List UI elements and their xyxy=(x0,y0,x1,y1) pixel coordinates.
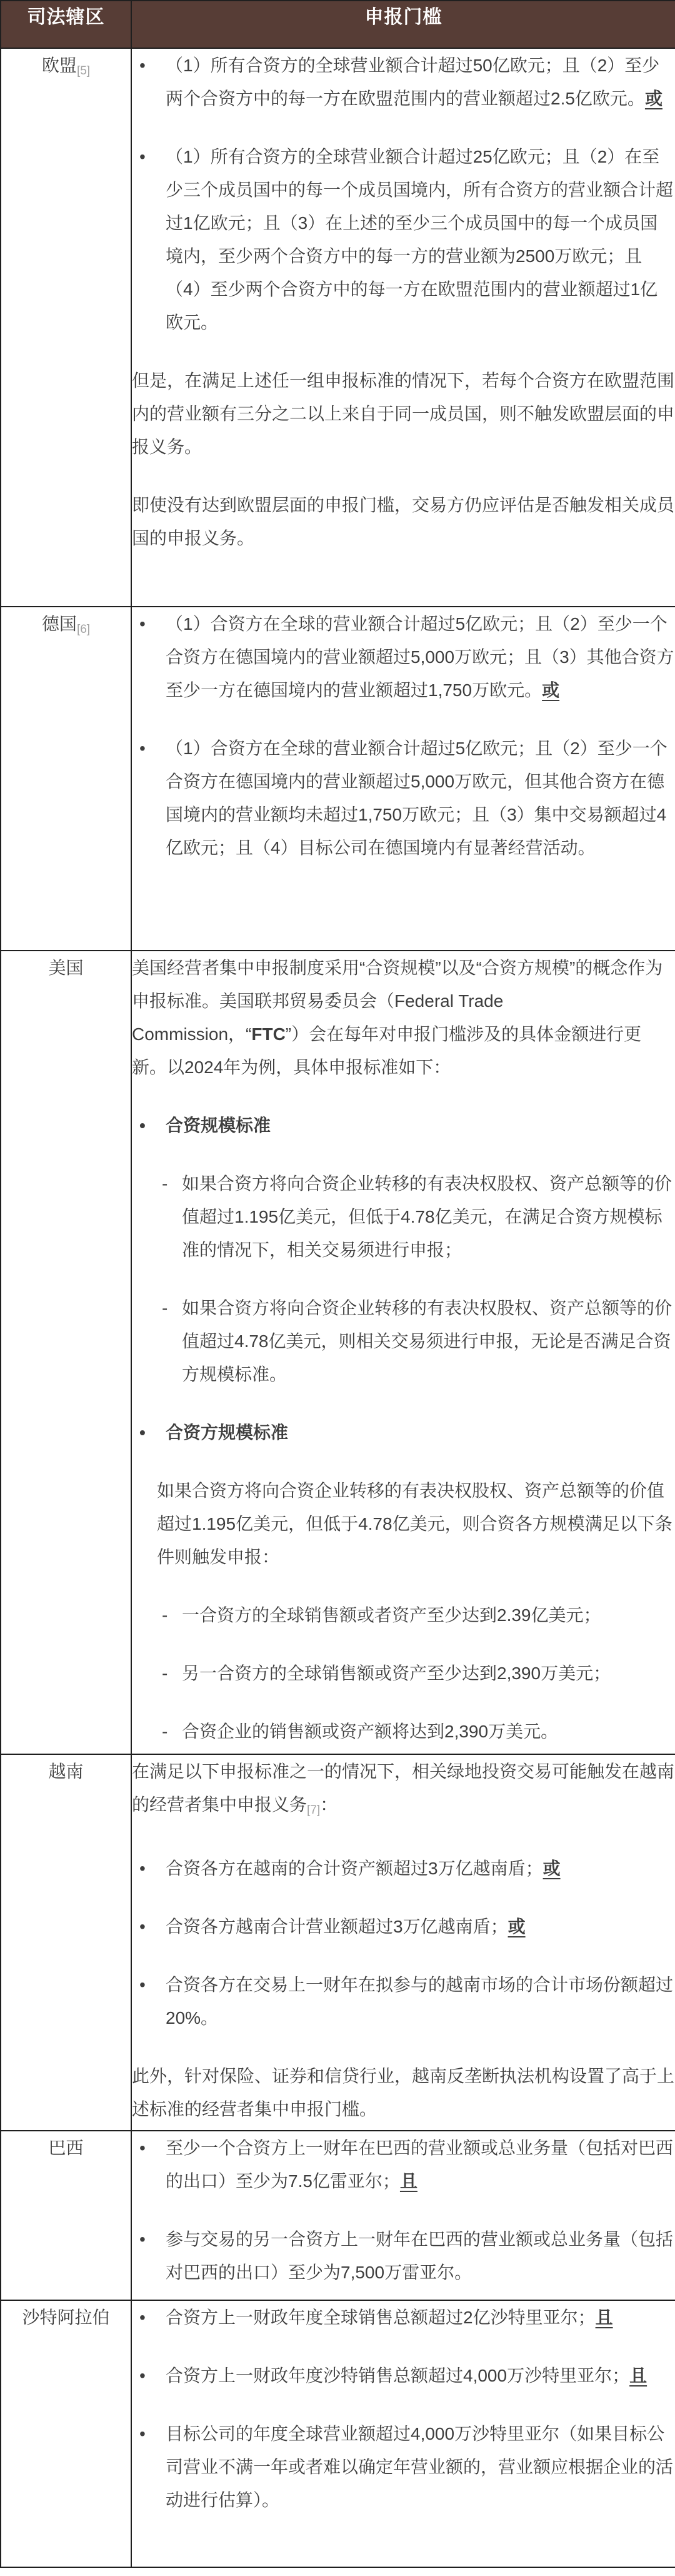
text-segment: 一合资方的全球销售额或者资产至少达到2.39亿美元； xyxy=(182,1605,601,1625)
bullet-marker: • xyxy=(139,2301,146,2334)
text-segment: 即使没有达到欧盟层面的申报门槛，交易方仍应评估是否触发相关成员国的申报义务。 xyxy=(132,495,674,548)
bullet-marker: • xyxy=(139,607,146,640)
jurisdiction-label: 欧盟 xyxy=(42,56,77,75)
bullet-marker: • xyxy=(139,1109,146,1142)
jurisdiction-label: 巴西 xyxy=(48,2138,83,2158)
text-segment: 合资企业的销售额或资产额将达到2,390万美元。 xyxy=(182,1722,558,1741)
table-row: 巴西•至少一个合资方上一财年在巴西的营业额或总业务量（包括对巴西的出口）至少为7… xyxy=(1,2131,675,2300)
bullet-marker: • xyxy=(139,2131,146,2164)
bullet-marker: • xyxy=(139,1416,146,1449)
text-segment: 在满足以下申报标准之一的情况下，相关绿地投资交易可能触发在越南的经营者集中申报义… xyxy=(132,1762,674,1814)
text-segment: （1）合资方在全球的营业额合计超过5亿欧元；且（2）至少一个合资方在德国境内的营… xyxy=(166,739,667,857)
jurisdiction-cell: 越南 xyxy=(1,1754,131,2131)
dash-marker: - xyxy=(162,1291,167,1325)
jurisdiction-label: 沙特阿拉伯 xyxy=(22,2308,109,2327)
text-segment: 目标公司的年度全球营业额超过4,000万沙特里亚尔（如果目标公司营业不满一年或者… xyxy=(166,2424,673,2510)
jurisdiction-label: 德国 xyxy=(42,614,77,634)
text-segment: FTC xyxy=(251,1024,285,1044)
text-segment: 合资各方在越南的合计资产额超过3万亿越南盾； xyxy=(166,1859,543,1878)
threshold-cell: •合资方上一财政年度全球销售总额超过2亿沙特里亚尔；且•合资方上一财政年度沙特销… xyxy=(131,2300,675,2567)
list-item: •（1）所有合资方的全球营业额合计超过50亿欧元；且（2）至少两个合资方中的每一… xyxy=(132,49,675,115)
threshold-cell: •至少一个合资方上一财年在巴西的营业额或总业务量（包括对巴西的出口）至少为7.5… xyxy=(131,2131,675,2300)
jurisdiction-cell: 欧盟[5] xyxy=(1,48,131,607)
list-item: •合资各方在交易上一财年在拟参与的越南市场的合计市场份额超过20%。 xyxy=(132,1968,675,2034)
footnote-ref: [6] xyxy=(77,623,90,636)
list-item: -一合资方的全球销售额或者资产至少达到2.39亿美元； xyxy=(132,1599,675,1632)
paragraph: 此外，针对保险、证券和信贷行业，越南反垄断执法机构设置了高于上述标准的经营者集中… xyxy=(132,2059,675,2126)
table-row: 越南在满足以下申报标准之一的情况下，相关绿地投资交易可能触发在越南的经营者集中申… xyxy=(1,1754,675,2131)
text-segment: 另一合资方的全球销售额或资产至少达到2,390万美元； xyxy=(182,1664,611,1683)
list-item: •（1）合资方在全球的营业额合计超过5亿欧元；且（2）至少一个合资方在德国境内的… xyxy=(132,607,675,707)
bullet-marker: • xyxy=(139,2223,146,2256)
text-segment: 合资方规模标准 xyxy=(166,1423,288,1442)
threshold-cell: 美国经营者集中申报制度采用“合资规模”以及“合资方规模”的概念作为申报标准。美国… xyxy=(131,951,675,1754)
list-item: -如果合资方将向合资企业转移的有表决权股权、资产总额等的价值超过4.78亿美元，… xyxy=(132,1291,675,1391)
text-segment: 或 xyxy=(543,1859,561,1878)
text-segment: 如果合资方将向合资企业转移的有表决权股权、资产总额等的价值超过1.195亿美元，… xyxy=(157,1481,672,1567)
list-item: •至少一个合资方上一财年在巴西的营业额或总业务量（包括对巴西的出口）至少为7.5… xyxy=(132,2131,675,2198)
bullet-marker: • xyxy=(139,2359,146,2392)
list-item: -另一合资方的全球销售额或资产至少达到2,390万美元； xyxy=(132,1657,675,1690)
text-segment: 此外，针对保险、证券和信贷行业，越南反垄断执法机构设置了高于上述标准的经营者集中… xyxy=(132,2066,674,2119)
list-item: •参与交易的另一合资方上一财年在巴西的营业额或总业务量（包括对巴西的出口）至少为… xyxy=(132,2223,675,2289)
list-item: •合资各方在越南的合计资产额超过3万亿越南盾；或 xyxy=(132,1852,675,1885)
list-item: •（1）合资方在全球的营业额合计超过5亿欧元；且（2）至少一个合资方在德国境内的… xyxy=(132,732,675,864)
list-item: -合资企业的销售额或资产额将达到2,390万美元。 xyxy=(132,1715,675,1748)
list-item: •合资各方越南合计营业额超过3万亿越南盾；或 xyxy=(132,1910,675,1943)
paragraph: 但是，在满足上述任一组申报标准的情况下，若每个合资方在欧盟范围内的营业额有三分之… xyxy=(132,364,675,463)
jurisdiction-label: 美国 xyxy=(48,958,83,977)
jurisdiction-cell: 沙特阿拉伯 xyxy=(1,2300,131,2567)
list-item: •合资规模标准 xyxy=(132,1109,675,1142)
text-segment: （1）合资方在全球的营业额合计超过5亿欧元；且（2）至少一个合资方在德国境内的营… xyxy=(166,614,674,700)
footnote-ref: [7] xyxy=(307,1804,320,1817)
text-segment: 合资各方在交易上一财年在拟参与的越南市场的合计市场份额超过20%。 xyxy=(166,1975,673,2028)
bullet-marker: • xyxy=(139,1968,146,2001)
list-item: •合资方上一财政年度全球销售总额超过2亿沙特里亚尔；且 xyxy=(132,2301,675,2334)
list-item: •合资方上一财政年度沙特销售总额超过4,000万沙特里亚尔；且 xyxy=(132,2359,675,2392)
dash-marker: - xyxy=(162,1167,167,1200)
jurisdiction-cell: 美国 xyxy=(1,951,131,1754)
header-row: 司法辖区 申报门槛 xyxy=(1,1,675,48)
dash-marker: - xyxy=(162,1599,167,1632)
text-segment: （1）所有合资方的全球营业额合计超过50亿欧元；且（2）至少两个合资方中的每一方… xyxy=(166,56,659,108)
text-segment: 但是，在满足上述任一组申报标准的情况下，若每个合资方在欧盟范围内的营业额有三分之… xyxy=(132,371,674,457)
list-item: -如果合资方将向合资企业转移的有表决权股权、资产总额等的价值超过1.195亿美元… xyxy=(132,1167,675,1266)
footnote-ref: [5] xyxy=(77,64,90,78)
paragraph: 美国经营者集中申报制度采用“合资规模”以及“合资方规模”的概念作为申报标准。美国… xyxy=(132,951,675,1084)
text-segment: 至少一个合资方上一财年在巴西的营业额或总业务量（包括对巴西的出口）至少为7.5亿… xyxy=(166,2138,673,2191)
text-segment: ： xyxy=(320,1795,337,1814)
table-row: 德国[6]•（1）合资方在全球的营业额合计超过5亿欧元；且（2）至少一个合资方在… xyxy=(1,607,675,951)
list-item: •目标公司的年度全球营业额超过4,000万沙特里亚尔（如果目标公司营业不满一年或… xyxy=(132,2417,675,2517)
bullet-marker: • xyxy=(139,1852,146,1885)
text-segment: （1）所有合资方的全球营业额合计超过25亿欧元；且（2）在至少三个成员国中的每一… xyxy=(166,147,673,332)
list-item: •合资方规模标准 xyxy=(132,1416,675,1449)
dash-marker: - xyxy=(162,1657,167,1690)
threshold-cell: 在满足以下申报标准之一的情况下，相关绿地投资交易可能触发在越南的经营者集中申报义… xyxy=(131,1754,675,2131)
table-body: 欧盟[5]•（1）所有合资方的全球营业额合计超过50亿欧元；且（2）至少两个合资… xyxy=(1,48,675,2567)
text-segment: 且 xyxy=(629,2366,647,2385)
bullet-marker: • xyxy=(139,1910,146,1943)
jurisdiction-label: 越南 xyxy=(48,1762,83,1781)
threshold-cell: •（1）所有合资方的全球营业额合计超过50亿欧元；且（2）至少两个合资方中的每一… xyxy=(131,48,675,607)
bullet-marker: • xyxy=(139,2417,146,2450)
text-segment: 如果合资方将向合资企业转移的有表决权股权、资产总额等的价值超过4.78亿美元，则… xyxy=(182,1298,672,1384)
text-segment: 或 xyxy=(508,1917,526,1936)
text-segment: 合资各方越南合计营业额超过3万亿越南盾； xyxy=(166,1917,508,1936)
bullet-marker: • xyxy=(139,732,146,765)
header-jurisdiction: 司法辖区 xyxy=(1,1,131,48)
text-segment: 合资方上一财政年度沙特销售总额超过4,000万沙特里亚尔； xyxy=(166,2366,629,2385)
table-row: 欧盟[5]•（1）所有合资方的全球营业额合计超过50亿欧元；且（2）至少两个合资… xyxy=(1,48,675,607)
text-segment: 且 xyxy=(400,2171,417,2191)
list-item: •（1）所有合资方的全球营业额合计超过25亿欧元；且（2）在至少三个成员国中的每… xyxy=(132,140,675,339)
threshold-cell: •（1）合资方在全球的营业额合计超过5亿欧元；且（2）至少一个合资方在德国境内的… xyxy=(131,607,675,951)
text-segment: 且 xyxy=(596,2308,613,2327)
text-segment: 合资方上一财政年度全球销售总额超过2亿沙特里亚尔； xyxy=(166,2308,596,2327)
bullet-marker: • xyxy=(139,49,146,82)
dash-marker: - xyxy=(162,1715,167,1748)
text-segment: 参与交易的另一合资方上一财年在巴西的营业额或总业务量（包括对巴西的出口）至少为7… xyxy=(166,2230,673,2282)
text-segment: 如果合资方将向合资企业转移的有表决权股权、资产总额等的价值超过1.195亿美元，… xyxy=(182,1174,672,1260)
jurisdiction-threshold-table: 司法辖区 申报门槛 欧盟[5]•（1）所有合资方的全球营业额合计超过50亿欧元；… xyxy=(0,0,675,2568)
header-threshold: 申报门槛 xyxy=(131,1,675,48)
table-row: 沙特阿拉伯•合资方上一财政年度全球销售总额超过2亿沙特里亚尔；且•合资方上一财政… xyxy=(1,2300,675,2567)
text-segment: 合资规模标准 xyxy=(166,1116,271,1135)
text-segment: 或 xyxy=(645,89,662,108)
paragraph: 如果合资方将向合资企业转移的有表决权股权、资产总额等的价值超过1.195亿美元，… xyxy=(132,1474,675,1573)
bullet-marker: • xyxy=(139,140,146,173)
jurisdiction-cell: 巴西 xyxy=(1,2131,131,2300)
jurisdiction-cell: 德国[6] xyxy=(1,607,131,951)
paragraph: 在满足以下申报标准之一的情况下，相关绿地投资交易可能触发在越南的经营者集中申报义… xyxy=(132,1755,675,1827)
text-segment: 或 xyxy=(542,680,559,700)
paragraph: 即使没有达到欧盟层面的申报门槛，交易方仍应评估是否触发相关成员国的申报义务。 xyxy=(132,488,675,555)
table-row: 美国美国经营者集中申报制度采用“合资规模”以及“合资方规模”的概念作为申报标准。… xyxy=(1,951,675,1754)
